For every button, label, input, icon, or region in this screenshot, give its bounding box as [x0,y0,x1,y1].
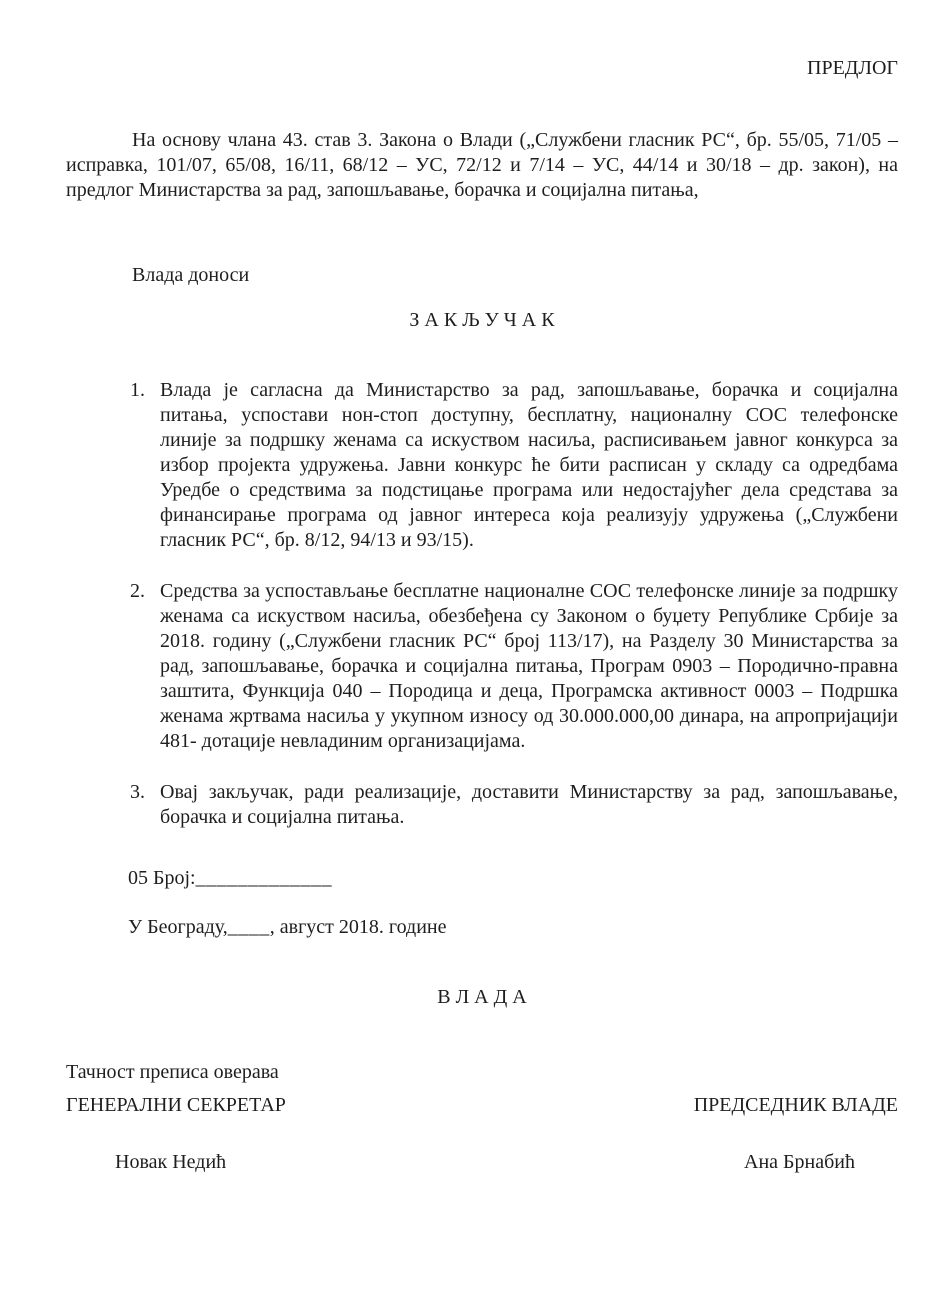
corner-label: ПРЕДЛОГ [66,56,898,81]
document-title: З А К Љ У Ч А К [66,308,898,333]
issuer-heading: В Л А Д А [66,985,898,1010]
case-number-blank: _____________ [196,867,333,889]
case-number-line: 05 Број:_____________ [128,866,898,891]
conclusion-list: 1. Влада је сагласна да Министарство за … [66,378,898,830]
list-item: 1. Влада је сагласна да Министарство за … [66,378,898,553]
prime-minister-title: ПРЕДСЕДНИК ВЛАДЕ [694,1093,898,1118]
place-date-prefix: У Београду, [128,916,228,938]
item-text: Влада је сагласна да Министарство за рад… [160,378,898,553]
prime-minister-name: Ана Брнабић [744,1150,855,1175]
case-number-label: 05 Број: [128,867,196,889]
signature-names-row: Новак Недић Ана Брнабић [66,1150,898,1175]
item-number: 2. [130,579,160,754]
certification-line: Тачност преписа оверава [66,1060,898,1085]
intro-paragraph: На основу члана 43. став 3. Закона о Вла… [66,128,898,203]
signature-titles-row: ГЕНЕРАЛНИ СЕКРЕТАР ПРЕДСЕДНИК ВЛАДЕ [66,1093,898,1118]
list-item: 3. Овај закључак, ради реализације, дост… [66,780,898,830]
item-number: 1. [130,378,160,553]
document-page: ПРЕДЛОГ На основу члана 43. став 3. Зако… [0,0,940,1297]
place-date-line: У Београду,____, август 2018. године [128,915,898,940]
place-date-blank: ____ [228,916,270,938]
list-item: 2. Средства за успостављање бесплатне на… [66,579,898,754]
secretary-title: ГЕНЕРАЛНИ СЕКРЕТАР [66,1093,286,1118]
item-text: Овај закључак, ради реализације, достави… [160,780,898,830]
item-number: 3. [130,780,160,830]
enacting-clause: Влада доноси [132,263,898,288]
item-text: Средства за успостављање бесплатне нацио… [160,579,898,754]
secretary-name: Новак Недић [115,1150,226,1175]
place-date-suffix: , август 2018. године [270,916,447,938]
